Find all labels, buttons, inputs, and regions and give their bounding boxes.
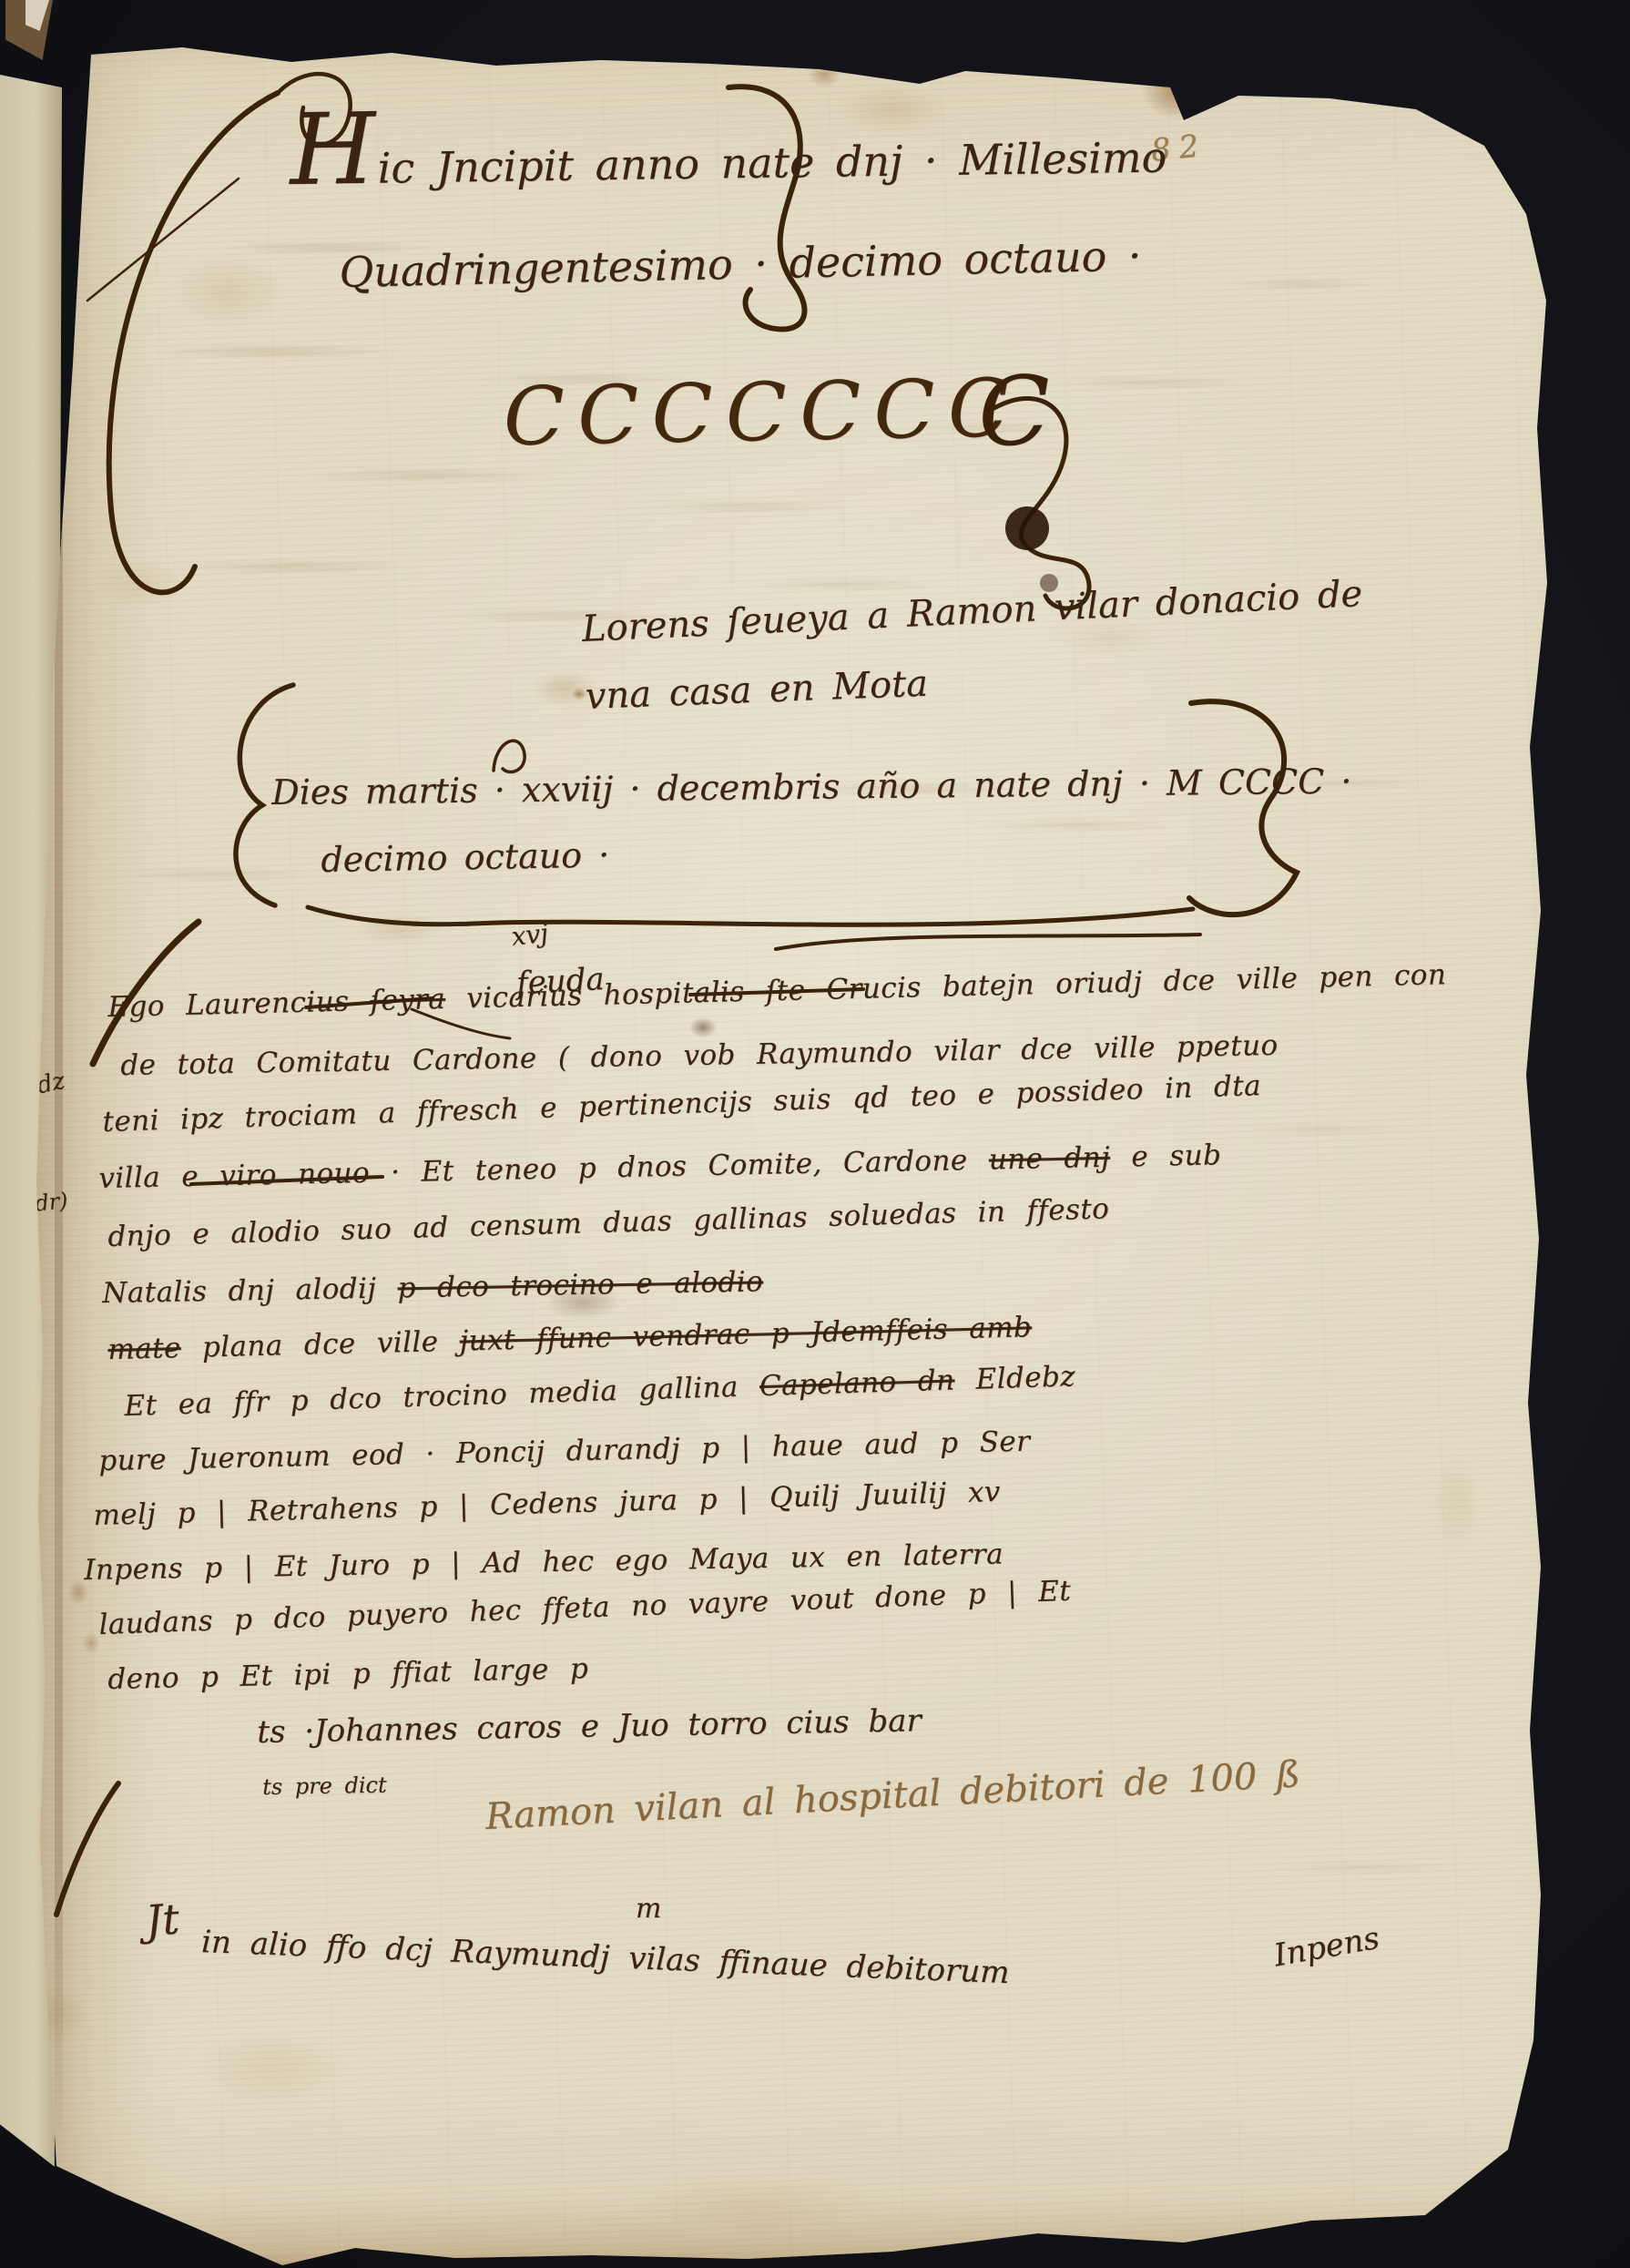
text-segment: laudans p dco puyero hec ffeta no vayre …	[98, 1575, 1072, 1641]
margin-slash-bottom	[56, 1783, 118, 1915]
text-segment: Natalis dnj alodij	[102, 1272, 398, 1310]
underline-flourish	[308, 907, 1193, 925]
initial-c-flourish	[109, 93, 278, 592]
c-marks-row: CCCCCCC	[503, 361, 1023, 464]
text-segment: plana dce ville	[180, 1325, 460, 1364]
bottom-m-mark: m	[636, 1893, 661, 1925]
text-segment: deno p Et ipi p ffiat large p	[107, 1652, 589, 1696]
bottom-right-word: Inpens	[1271, 1920, 1382, 1975]
insertion-line	[776, 935, 1200, 949]
mark-above-martis	[494, 741, 525, 771]
body-line: mate plana dce ville juxt ffunc vendrac …	[107, 1311, 1033, 1366]
text-segment: villa e viro nouo · Et teneo p dnos Comi…	[98, 1144, 989, 1195]
text-segment: p dco trocino e alodio	[397, 1265, 763, 1304]
title-line-1: Lorens ſeueya a Ramon vilar donacio de	[581, 573, 1363, 650]
brace-top-right	[728, 87, 805, 329]
brace-right-date	[1189, 701, 1297, 914]
witness-line-1: ts ·Johannes caros e Juo torro cius bar	[257, 1702, 922, 1751]
heading-line-2: Quadringentesimo · decimo octauo ·	[339, 231, 1142, 297]
text-segment: ſeyra	[370, 983, 445, 1017]
body-line: Ego Laurencius ſeyra vicarius hospitalis…	[107, 958, 1447, 1024]
text-segment: Inpens p | Et Juro p | Ad hec ego Maya u…	[84, 1538, 1003, 1587]
text-segment: juxt ffunc vendrac p Jdemffeis amb	[459, 1311, 1032, 1357]
text-segment: pure Jueronum eod · Poncij durandj p | h…	[98, 1425, 1031, 1477]
text-segment: Ego Laurencius	[107, 985, 371, 1024]
body-line: deno p Et ipi p ffiat large p	[107, 1652, 589, 1696]
title-line-2: vna casa en Mota	[585, 663, 929, 718]
bottom-line: in alio ffo dcj Raymundj vilas ffinaue d…	[200, 1924, 1010, 1991]
body-line: pure Jueronum eod · Poncij durandj p | h…	[98, 1425, 1031, 1477]
photograph-of-manuscript: { "page": { "number": "82" }, "colors": …	[0, 0, 1630, 2268]
date-line-1: Dies martis · xxviij · decembris año a n…	[271, 761, 1352, 812]
text-segment: Capelano dn	[759, 1364, 955, 1403]
bottom-it: Jt	[144, 1894, 181, 1945]
text-segment: mate	[107, 1332, 181, 1366]
text-segment: teni ipz trociam a ffresch e pertinencij…	[102, 1069, 1261, 1139]
manuscript-page: 82 Hic Jncipit anno nate dnj · Millesimo…	[0, 0, 1630, 2268]
text-segment: dnjo e alodio suo ad censum duas gallina…	[107, 1192, 1110, 1253]
body-line: melj p | Retrahens p | Cedens jura p | Q…	[93, 1476, 1001, 1532]
c-mark-final: C	[976, 354, 1053, 468]
text-segment: Eldebz	[954, 1360, 1076, 1396]
text-segment: Et ea ffr p dco trocino media gallina	[124, 1370, 760, 1423]
body-line: laudans p dco puyero hec ffeta no vayre …	[98, 1575, 1072, 1641]
interlinear-mark: xvj	[510, 918, 550, 952]
text-segment: une dnj	[988, 1141, 1110, 1177]
heading-line-1: Hic Jncipit anno nate dnj · Millesimo	[290, 125, 1167, 202]
text-segment: e sub	[1110, 1139, 1222, 1174]
body-line: Et ea ffr p dco trocino media gallina Ca…	[124, 1360, 1075, 1423]
later-hand-note: Ramon vilan al hospital debitori de 100 …	[484, 1753, 1301, 1838]
witness-line-2: ts pre dict	[262, 1773, 387, 1800]
body-line: dnjo e alodio suo ad censum duas gallina…	[107, 1192, 1110, 1253]
body-line: Natalis dnj alodij p dco trocino e alodi…	[102, 1265, 763, 1310]
body-line: villa e viro nouo · Et teneo p dnos Comi…	[98, 1139, 1222, 1195]
ink-blot	[1005, 506, 1049, 550]
text-segment: melj p | Retrahens p | Cedens jura p | Q…	[93, 1476, 1001, 1532]
body-line: Inpens p | Et Juro p | Ad hec ego Maya u…	[84, 1538, 1003, 1587]
date-line-2: decimo octauo ·	[321, 834, 610, 880]
body-line: teni ipz trociam a ffresch e pertinencij…	[102, 1069, 1261, 1139]
initial-hairline	[87, 179, 239, 301]
